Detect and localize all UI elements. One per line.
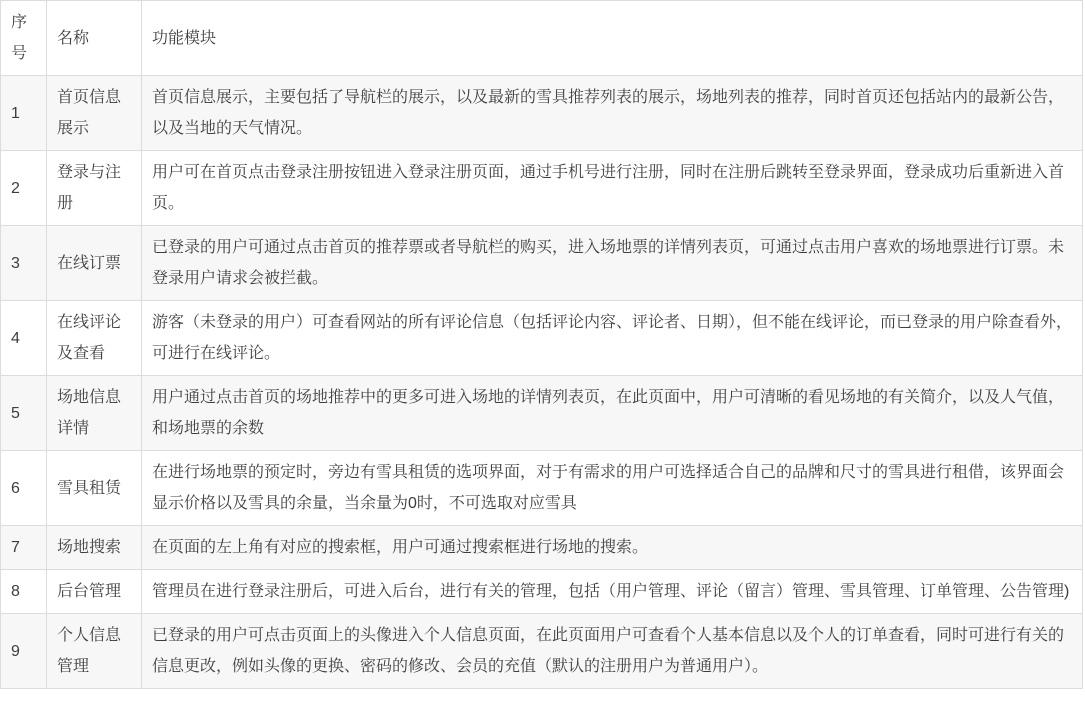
row-index-cell: 1 <box>1 76 47 151</box>
table-row: 8后台管理管理员在进行登录注册后，可进入后台，进行有关的管理，包括（用户管理、评… <box>1 570 1083 614</box>
row-name-cell: 首页信息展示 <box>47 76 142 151</box>
row-index-cell: 4 <box>1 301 47 376</box>
row-index-cell: 9 <box>1 614 47 689</box>
column-header-name: 名称 <box>47 1 142 76</box>
row-name-cell: 在线订票 <box>47 226 142 301</box>
row-module-cell: 在页面的左上角有对应的搜索框，用户可通过搜索框进行场地的搜索。 <box>142 526 1083 570</box>
row-module-cell: 已登录的用户可点击页面上的头像进入个人信息页面，在此页面用户可查看个人基本信息以… <box>142 614 1083 689</box>
table-row: 5场地信息详情用户通过点击首页的场地推荐中的更多可进入场地的详情列表页，在此页面… <box>1 376 1083 451</box>
table-row: 3在线订票已登录的用户可通过点击首页的推荐票或者导航栏的购买，进入场地票的详情列… <box>1 226 1083 301</box>
row-name-cell: 个人信息管理 <box>47 614 142 689</box>
row-module-cell: 管理员在进行登录注册后，可进入后台，进行有关的管理，包括（用户管理、评论（留言）… <box>142 570 1083 614</box>
row-index-cell: 2 <box>1 151 47 226</box>
header-row: 序号 名称 功能模块 <box>1 1 1083 76</box>
row-index-cell: 7 <box>1 526 47 570</box>
table-body: 1首页信息展示首页信息展示，主要包括了导航栏的展示，以及最新的雪具推荐列表的展示… <box>1 76 1083 689</box>
row-module-cell: 已登录的用户可通过点击首页的推荐票或者导航栏的购买，进入场地票的详情列表页，可通… <box>142 226 1083 301</box>
table-row: 7场地搜索在页面的左上角有对应的搜索框，用户可通过搜索框进行场地的搜索。 <box>1 526 1083 570</box>
page: 序号 名称 功能模块 1首页信息展示首页信息展示，主要包括了导航栏的展示，以及最… <box>0 0 1085 702</box>
table-row: 4在线评论及查看游客（未登录的用户）可查看网站的所有评论信息（包括评论内容、评论… <box>1 301 1083 376</box>
row-module-cell: 用户可在首页点击登录注册按钮进入登录注册页面，通过手机号进行注册，同时在注册后跳… <box>142 151 1083 226</box>
row-name-cell: 后台管理 <box>47 570 142 614</box>
table-row: 1首页信息展示首页信息展示，主要包括了导航栏的展示，以及最新的雪具推荐列表的展示… <box>1 76 1083 151</box>
row-module-cell: 在进行场地票的预定时，旁边有雪具租赁的选项界面，对于有需求的用户可选择适合自己的… <box>142 451 1083 526</box>
column-header-module: 功能模块 <box>142 1 1083 76</box>
column-header-index: 序号 <box>1 1 47 76</box>
table-row: 2登录与注册用户可在首页点击登录注册按钮进入登录注册页面，通过手机号进行注册，同… <box>1 151 1083 226</box>
row-index-cell: 3 <box>1 226 47 301</box>
row-index-cell: 8 <box>1 570 47 614</box>
row-module-cell: 用户通过点击首页的场地推荐中的更多可进入场地的详情列表页，在此页面中，用户可清晰… <box>142 376 1083 451</box>
row-index-cell: 6 <box>1 451 47 526</box>
table-row: 6雪具租赁在进行场地票的预定时，旁边有雪具租赁的选项界面，对于有需求的用户可选择… <box>1 451 1083 526</box>
row-name-cell: 雪具租赁 <box>47 451 142 526</box>
table-row: 9个人信息管理已登录的用户可点击页面上的头像进入个人信息页面，在此页面用户可查看… <box>1 614 1083 689</box>
function-modules-table: 序号 名称 功能模块 1首页信息展示首页信息展示，主要包括了导航栏的展示，以及最… <box>0 0 1083 689</box>
row-name-cell: 登录与注册 <box>47 151 142 226</box>
row-index-cell: 5 <box>1 376 47 451</box>
row-module-cell: 首页信息展示，主要包括了导航栏的展示，以及最新的雪具推荐列表的展示，场地列表的推… <box>142 76 1083 151</box>
row-name-cell: 场地信息详情 <box>47 376 142 451</box>
row-name-cell: 场地搜索 <box>47 526 142 570</box>
table-header: 序号 名称 功能模块 <box>1 1 1083 76</box>
row-name-cell: 在线评论及查看 <box>47 301 142 376</box>
row-module-cell: 游客（未登录的用户）可查看网站的所有评论信息（包括评论内容、评论者、日期），但不… <box>142 301 1083 376</box>
